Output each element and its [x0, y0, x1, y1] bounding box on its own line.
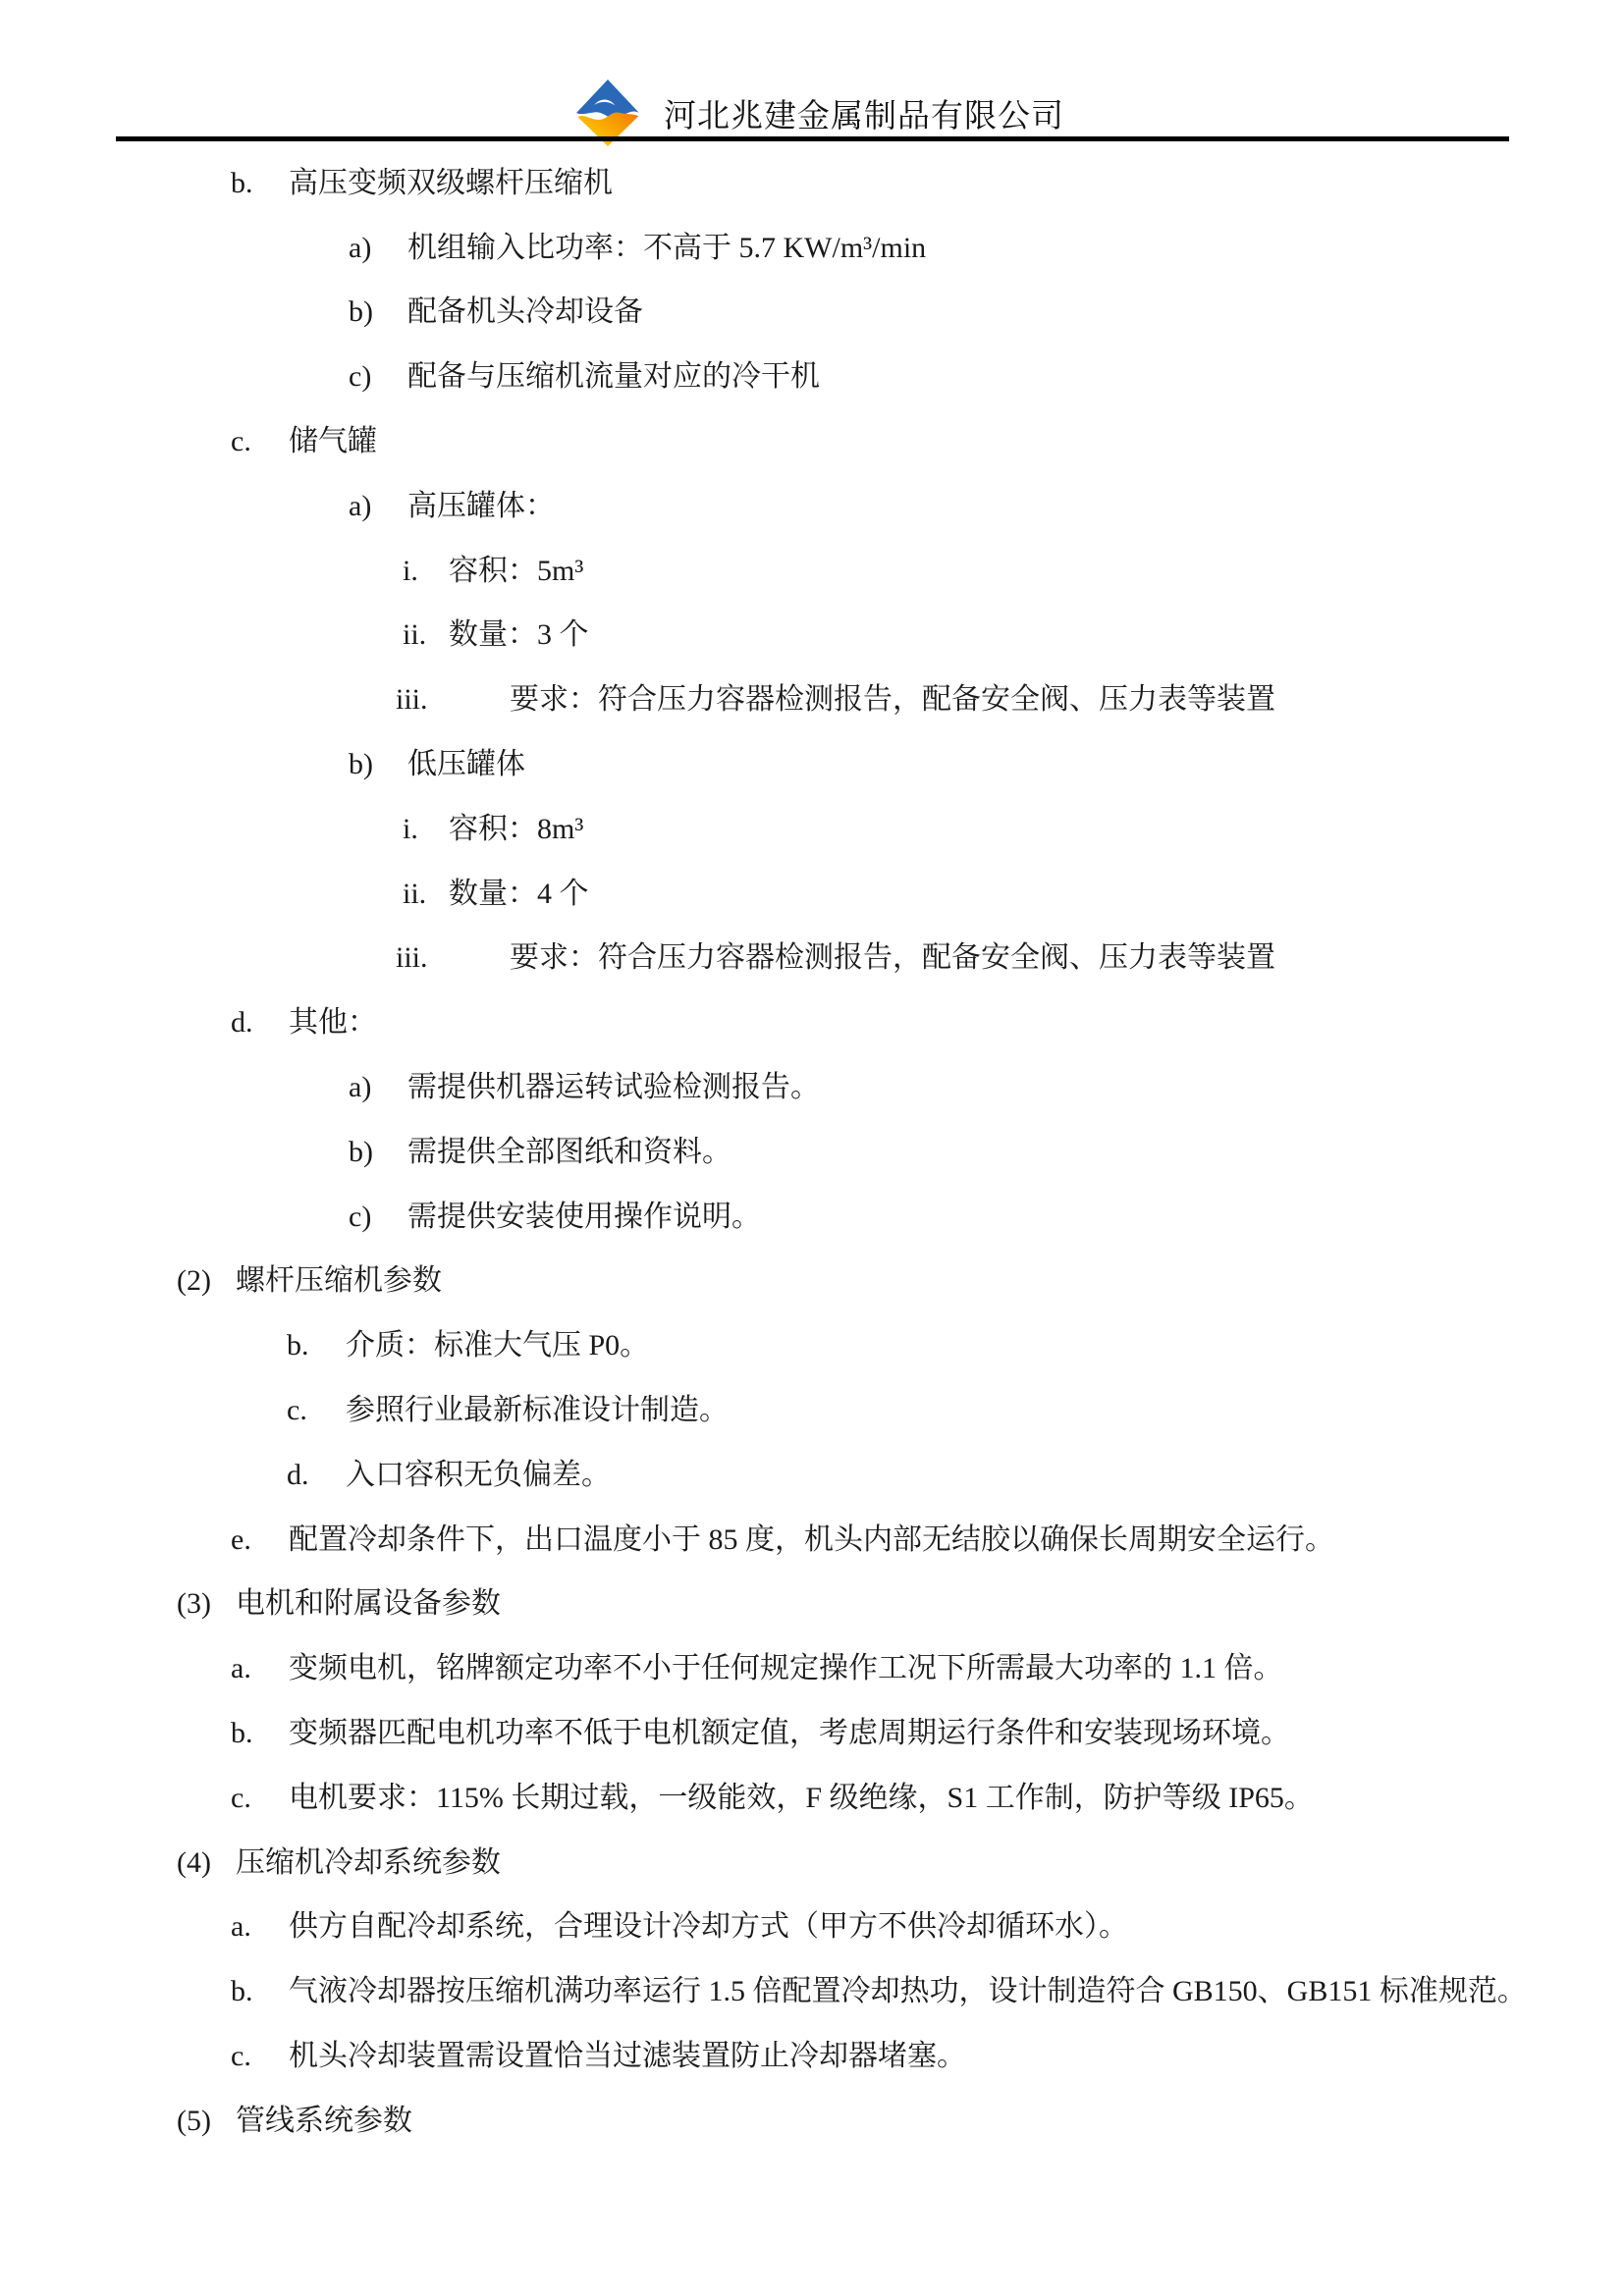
list-item: c.参照行业最新标准设计制造。 [0, 1378, 1624, 1443]
list-text: 配备机头冷却设备 [407, 297, 643, 327]
list-item: b.高压变频双级螺杆压缩机 [0, 151, 1624, 216]
list-item: a)机组输入比功率：不高于 5.7 KW/m³/min [0, 216, 1624, 281]
list-marker: i. [403, 557, 418, 586]
list-marker: b) [349, 1138, 373, 1167]
company-name: 河北兆建金属制品有限公司 [664, 90, 1064, 136]
list-item: i.容积：8m³ [0, 797, 1624, 862]
list-text: 储气罐 [289, 427, 377, 456]
list-marker: ii. [403, 880, 426, 909]
list-text: 数量：4 个 [449, 880, 589, 909]
list-marker: c. [231, 427, 251, 456]
list-marker: a. [231, 1654, 251, 1683]
list-item: e.配置冷却条件下，出口温度小于 85 度，机头内部无结胶以确保长周期安全运行。 [0, 1508, 1624, 1573]
list-text: 参照行业最新标准设计制造。 [346, 1396, 729, 1425]
list-text: 供方自配冷却系统，合理设计冷却方式（甲方不供冷却循环水）。 [289, 1912, 1128, 1942]
document-body: b.高压变频双级螺杆压缩机a)机组输入比功率：不高于 5.7 KW/m³/min… [0, 151, 1624, 2154]
list-marker: b. [287, 1331, 309, 1361]
list-marker: c. [231, 1784, 251, 1813]
list-item: a)需提供机器运转试验检测报告。 [0, 1055, 1624, 1120]
list-text: 数量：3 个 [449, 620, 589, 650]
list-item: b.变频器匹配电机功率不低于电机额定值，考虑周期运行条件和安装现场环境。 [0, 1701, 1624, 1766]
list-item: (5)管线系统参数 [0, 2089, 1624, 2154]
list-item: a.变频电机，铭牌额定功率不小于任何规定操作工况下所需最大功率的 1.1 倍。 [0, 1636, 1624, 1701]
list-text: 电机和附属设备参数 [236, 1589, 501, 1619]
list-text: 配置冷却条件下，出口温度小于 85 度，机头内部无结胶以确保长周期安全运行。 [289, 1525, 1334, 1555]
list-item: c)需提供安装使用操作说明。 [0, 1185, 1624, 1250]
list-marker: b. [231, 1977, 253, 2006]
list-marker: c) [349, 362, 371, 392]
document-page: 河北兆建金属制品有限公司 b.高压变频双级螺杆压缩机a)机组输入比功率：不高于 … [0, 0, 1624, 2296]
list-marker: d. [287, 1461, 309, 1490]
list-text: 需提供安装使用操作说明。 [407, 1202, 761, 1232]
list-marker: a) [349, 492, 371, 521]
list-marker: b. [231, 169, 253, 198]
list-marker: (4) [177, 1848, 211, 1878]
list-text: 要求：符合压力容器检测报告，配备安全阀、压力表等装置 [510, 685, 1275, 715]
list-item: c.机头冷却装置需设置恰当过滤装置防止冷却器堵塞。 [0, 2024, 1624, 2089]
list-marker: a. [231, 1912, 251, 1942]
list-text: 螺杆压缩机参数 [236, 1266, 442, 1296]
list-item: b.气液冷却器按压缩机满功率运行 1.5 倍配置冷却热功，设计制造符合 GB15… [0, 1959, 1624, 2024]
list-text: 容积：5m³ [449, 557, 583, 586]
list-text: 变频电机，铭牌额定功率不小于任何规定操作工况下所需最大功率的 1.1 倍。 [289, 1654, 1283, 1683]
list-marker: c. [231, 2042, 251, 2071]
list-text: 高压罐体： [407, 492, 555, 521]
list-item: b)配备机头冷却设备 [0, 281, 1624, 346]
list-item: a)高压罐体： [0, 474, 1624, 539]
list-text: 气液冷却器按压缩机满功率运行 1.5 倍配置冷却热功，设计制造符合 GB150、… [289, 1977, 1527, 2006]
list-item: ii.数量：3 个 [0, 604, 1624, 668]
list-text: 变频器匹配电机功率不低于电机额定值，考虑周期运行条件和安装现场环境。 [289, 1719, 1290, 1748]
list-marker: i. [403, 815, 418, 844]
list-text: 机头冷却装置需设置恰当过滤装置防止冷却器堵塞。 [289, 2042, 966, 2071]
list-item: (4)压缩机冷却系统参数 [0, 1831, 1624, 1896]
list-marker: c) [349, 1202, 371, 1232]
list-marker: b. [231, 1719, 253, 1748]
list-marker: c. [287, 1396, 307, 1425]
list-text: 高压变频双级螺杆压缩机 [289, 169, 613, 198]
list-marker: a) [349, 234, 371, 263]
header-divider [116, 136, 1509, 141]
list-text: 需提供全部图纸和资料。 [407, 1138, 731, 1167]
list-item: b)需提供全部图纸和资料。 [0, 1120, 1624, 1185]
list-item: c.储气罐 [0, 409, 1624, 474]
list-item: iii.要求：符合压力容器检测报告，配备安全阀、压力表等装置 [0, 667, 1624, 732]
list-marker: b) [349, 297, 373, 327]
list-text: 电机要求：115% 长期过载，一级能效，F 级绝缘，S1 工作制，防护等级 IP… [289, 1784, 1314, 1813]
list-item: b)低压罐体 [0, 732, 1624, 797]
list-text: 压缩机冷却系统参数 [236, 1848, 501, 1878]
list-text: 机组输入比功率：不高于 5.7 KW/m³/min [407, 234, 926, 263]
list-marker: iii. [396, 943, 428, 973]
list-marker: d. [231, 1008, 253, 1038]
list-text: 入口容积无负偏差。 [346, 1461, 611, 1490]
list-item: c.电机要求：115% 长期过载，一级能效，F 级绝缘，S1 工作制，防护等级 … [0, 1766, 1624, 1831]
list-item: (2)螺杆压缩机参数 [0, 1250, 1624, 1314]
list-item: c)配备与压缩机流量对应的冷干机 [0, 345, 1624, 409]
list-marker: (3) [177, 1589, 211, 1619]
list-item: b.介质：标准大气压 P0。 [0, 1313, 1624, 1378]
list-item: d.其他： [0, 990, 1624, 1055]
list-item: iii.要求：符合压力容器检测报告，配备安全阀、压力表等装置 [0, 927, 1624, 991]
list-text: 介质：标准大气压 P0。 [346, 1331, 649, 1361]
list-marker: iii. [396, 685, 428, 715]
list-marker: (5) [177, 2107, 211, 2136]
list-marker: ii. [403, 620, 426, 650]
list-text: 配备与压缩机流量对应的冷干机 [407, 362, 820, 392]
list-marker: (2) [177, 1266, 211, 1296]
list-marker: e. [231, 1525, 251, 1555]
list-text: 容积：8m³ [449, 815, 583, 844]
list-text: 要求：符合压力容器检测报告，配备安全阀、压力表等装置 [510, 943, 1275, 973]
list-item: (3)电机和附属设备参数 [0, 1573, 1624, 1637]
list-item: a.供方自配冷却系统，合理设计冷却方式（甲方不供冷却循环水）。 [0, 1896, 1624, 1960]
list-marker: a) [349, 1073, 371, 1102]
list-item: d.入口容积无负偏差。 [0, 1443, 1624, 1508]
list-text: 需提供机器运转试验检测报告。 [407, 1073, 820, 1102]
list-item: i.容积：5m³ [0, 539, 1624, 604]
list-text: 管线系统参数 [236, 2107, 412, 2136]
list-text: 低压罐体 [407, 750, 525, 779]
list-marker: b) [349, 750, 373, 779]
list-item: ii.数量：4 个 [0, 862, 1624, 927]
list-text: 其他： [289, 1008, 377, 1038]
